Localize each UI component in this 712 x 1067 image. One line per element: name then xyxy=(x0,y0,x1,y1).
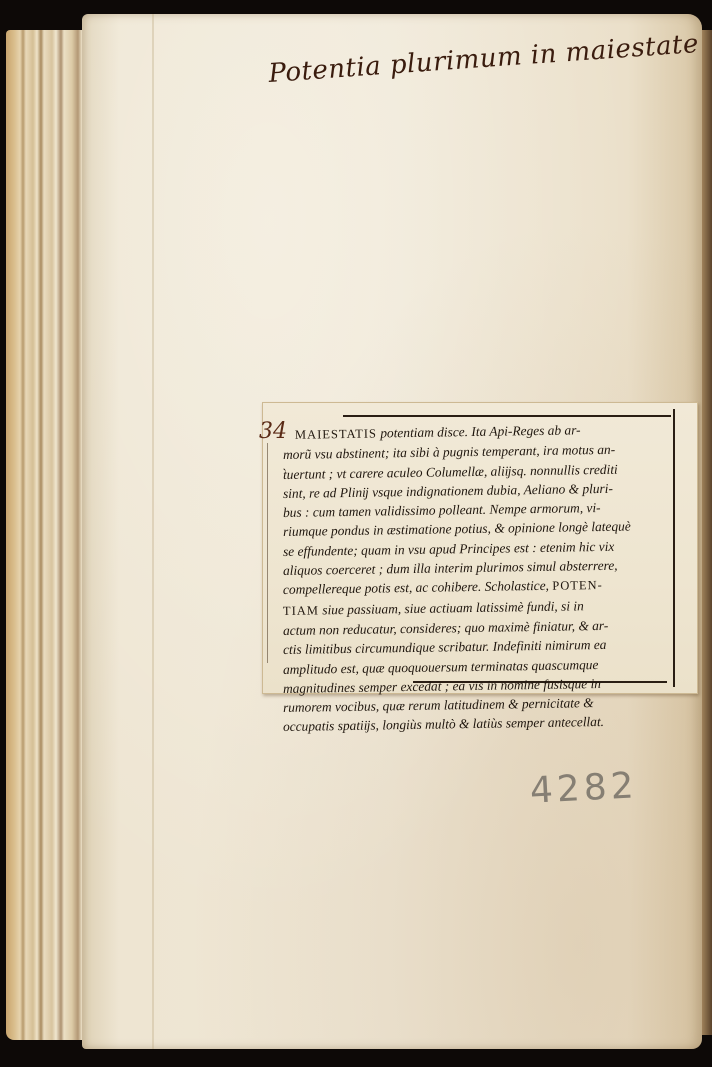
top-rule-line xyxy=(343,415,671,417)
printed-clipping: 34 MAIESTATIS potentiam disce. Ita Api-R… xyxy=(262,402,698,694)
pencil-shelfmark: 4282 xyxy=(529,765,639,812)
caps-word: TIAM xyxy=(283,603,319,618)
caps-word: POTEN- xyxy=(552,578,603,593)
caps-word: MAIESTATIS xyxy=(295,427,377,442)
book-photo: Potentia plurimum in maiestate 34 MAIEST… xyxy=(0,0,712,1067)
left-rule-line xyxy=(267,443,268,663)
clipping-body-text: MAIESTATIS potentiam disce. Ita Api-Rege… xyxy=(283,425,679,737)
